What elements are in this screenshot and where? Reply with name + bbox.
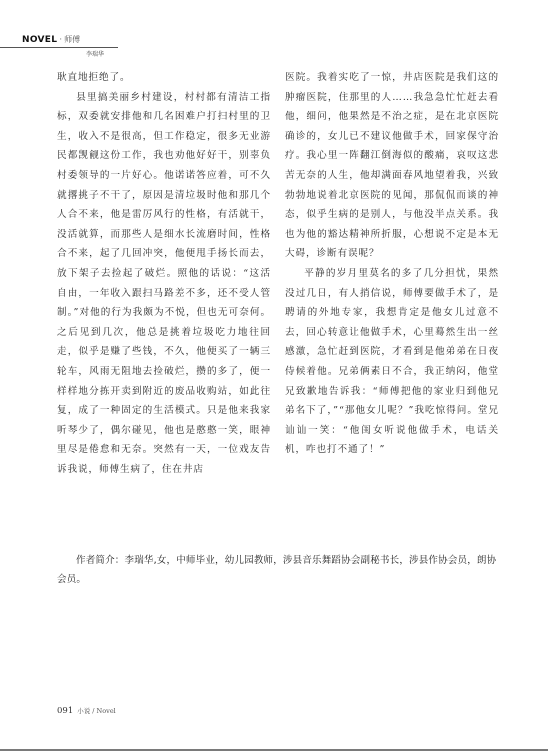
- bottom-divider: [0, 749, 548, 751]
- article-author: 李瑞华: [86, 49, 104, 58]
- magazine-brand: NOVEL: [22, 35, 57, 45]
- paragraph: 医院。我着实吃了一惊，井店医院是我们这的肿瘤医院，住那里的人……我急急忙忙赶去看…: [285, 68, 499, 264]
- separator-dot: ·: [59, 35, 62, 45]
- author-bio: 作者简介：李瑞华,女，中师毕业，幼儿园教师，涉县音乐舞蹈协会副秘书长，涉县作协会…: [57, 551, 497, 589]
- running-head: NOVEL·师傅: [22, 34, 80, 46]
- article-title: 师傅: [64, 35, 80, 44]
- author-bio-text: 作者简介：李瑞华,女，中师毕业，幼儿园教师，涉县音乐舞蹈协会副秘书长，涉县作协会…: [57, 551, 497, 589]
- text-column-right: 医院。我着实吃了一惊，井店医院是我们这的肿瘤医院，住那里的人……我急急忙忙赶去看…: [285, 68, 499, 460]
- page-footer: 091小说 / Novel: [57, 706, 116, 716]
- paragraph: 耿直地拒绝了。: [57, 68, 271, 88]
- paragraph: 县里搞美丽乡村建设，村村都有清洁工指标，双委就安排他和几名困难户打扫村里的卫生，…: [57, 88, 271, 480]
- text-column-left: 耿直地拒绝了。 县里搞美丽乡村建设，村村都有清洁工指标，双委就安排他和几名困难户…: [57, 68, 271, 479]
- page-header: NOVEL·师傅 李瑞华: [0, 34, 118, 58]
- paragraph: 平静的岁月里莫名的多了几分担忧，果然没过几日，有人捎信说，师傅要做手术了，是聘请…: [285, 264, 499, 460]
- page-number: 091: [57, 706, 73, 716]
- header-divider: [0, 47, 118, 48]
- footer-label: 小说 / Novel: [77, 707, 116, 715]
